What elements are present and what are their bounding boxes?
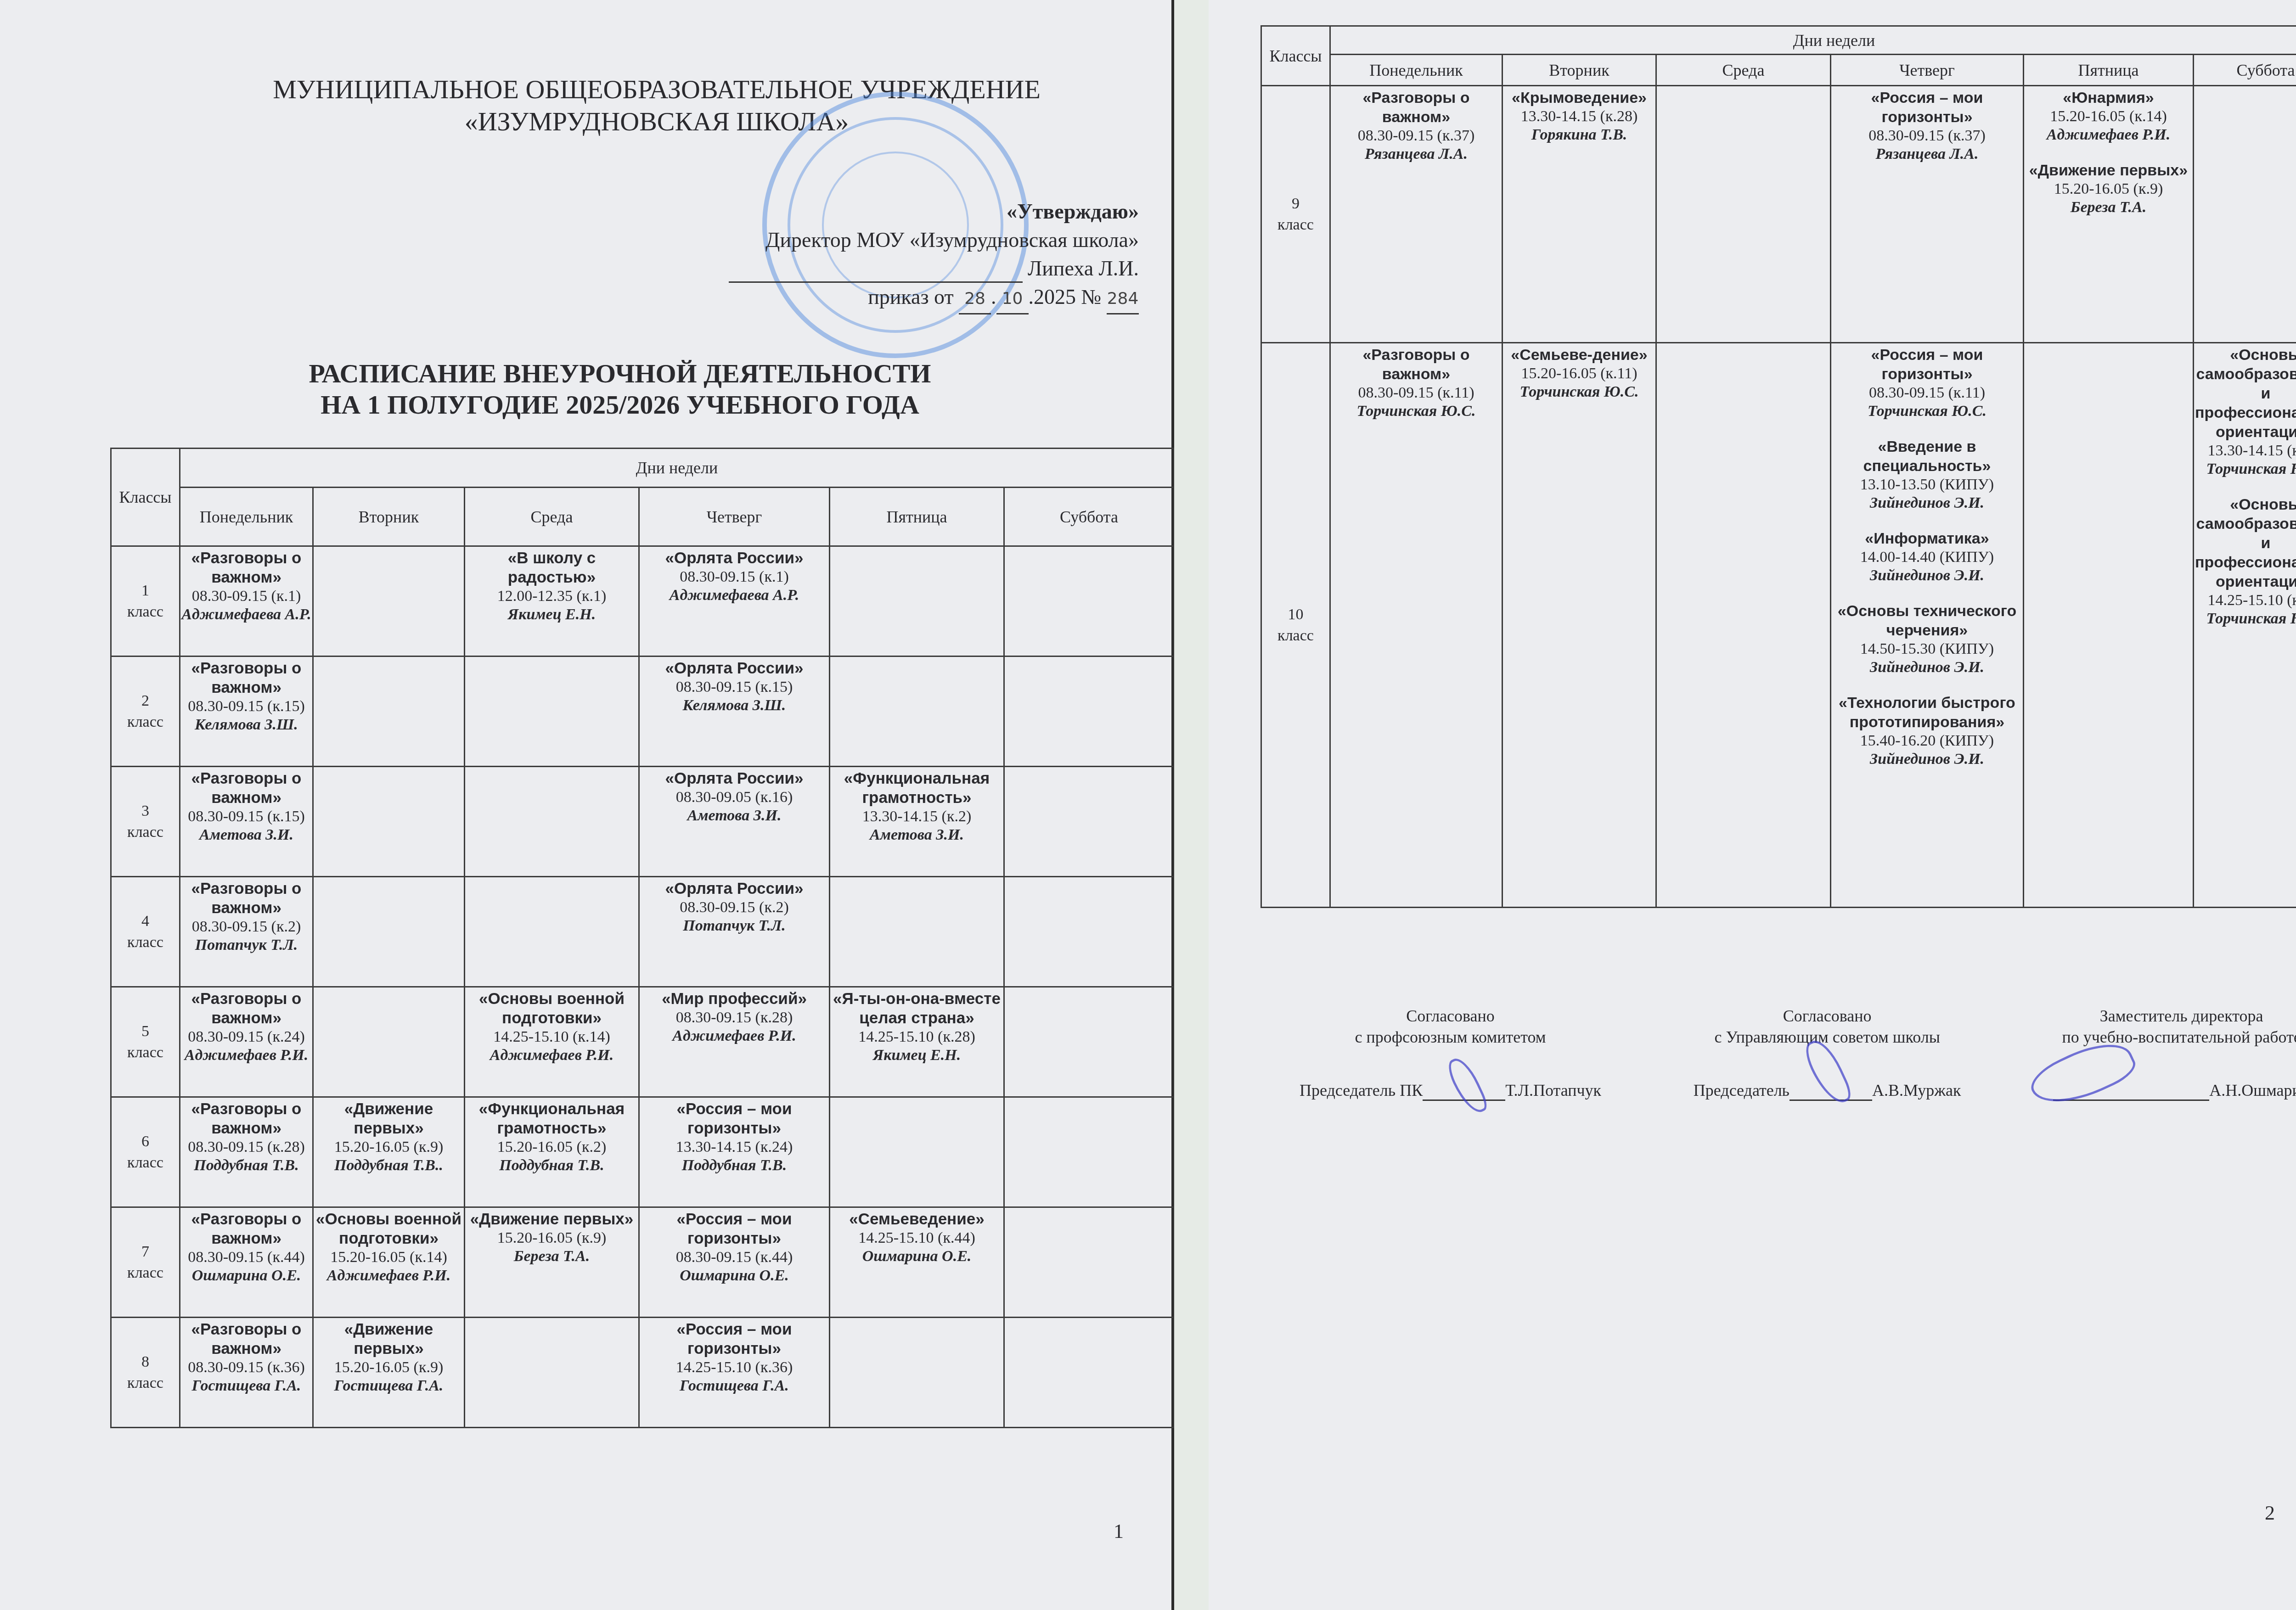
approval-block: «Утверждаю» Директор МОУ «Изумрудновская… [680, 197, 1139, 314]
activity-teacher: Поддубная Т.В. [466, 1156, 637, 1175]
activity-teacher: Потапчук Т.Л. [181, 936, 311, 954]
activity-teacher: Торчинская Ю.С. [1832, 402, 2022, 421]
class-label: 3класс [111, 767, 180, 877]
approval-heading: «Утверждаю» [680, 197, 1139, 226]
activity-time: 08.30-09.15 (к.2) [641, 898, 828, 917]
activity-name: «Россия – мои горизонты» [641, 1320, 828, 1358]
activity-teacher: Потапчук Т.Л. [641, 917, 828, 935]
activity-entry: «Движение первых»15.20-16.05 (к.9)Береза… [466, 1210, 637, 1266]
schedule-cell: «Россия – мои горизонты»08.30-09.15 (к.3… [1831, 86, 2024, 343]
header-classes: Классы [1261, 26, 1330, 86]
activity-time: 08.30-09.15 (к.24) [181, 1028, 311, 1046]
activity-entry: «Россия – мои горизонты»08.30-09.15 (к.1… [1832, 345, 2022, 421]
activity-teacher: Береза Т.А. [2025, 198, 2192, 217]
class-label: 8класс [111, 1318, 180, 1428]
signature-line [729, 263, 1023, 283]
activity-teacher: Гостищева Г.А. [181, 1377, 311, 1395]
schedule-cell: «Разговоры о важном»08.30-09.15 (к.24)Ад… [180, 987, 313, 1097]
schedule-cell [313, 656, 465, 767]
activity-name: «Разговоры о важном» [181, 879, 311, 918]
activity-entry: «В школу с радостью»12.00-12.35 (к.1)Яки… [466, 549, 637, 624]
schedule-cell: «Движение первых»15.20-16.05 (к.9)Береза… [465, 1207, 639, 1318]
activity-time: 14.00-14.40 (КИПУ) [1832, 548, 2022, 567]
schedule-cell: «Семьеведение»14.25-15.10 (к.44)Ошмарина… [830, 1207, 1004, 1318]
schedule-cell [830, 1318, 1004, 1428]
activity-teacher: Аметова З.И. [831, 826, 1002, 844]
activity-name: «Движение первых» [315, 1100, 463, 1138]
table-row: 5класс«Разговоры о важном»08.30-09.15 (к… [111, 987, 1174, 1097]
activity-entry: «Основы самообразования и профессиональн… [2195, 345, 2296, 478]
director-name: Липеха Л.И. [1028, 257, 1139, 280]
schedule-cell: «Движение первых»15.20-16.05 (к.9)Поддуб… [313, 1097, 465, 1207]
activity-time: 13.10-13.50 (КИПУ) [1832, 476, 2022, 494]
activity-time: 13.30-14.15 (к.28) [1504, 107, 1654, 126]
header-day-4: Пятница [830, 488, 1004, 546]
activity-teacher: Ошмарина О.Е. [641, 1267, 828, 1285]
activity-name: «Движение первых» [466, 1210, 637, 1229]
schedule-cell [830, 656, 1004, 767]
activity-entry: «Разговоры о важном»08.30-09.15 (к.15)Ке… [181, 659, 311, 734]
activity-time: 14.25-15.10 (к.14) [466, 1028, 637, 1046]
signatures-block: Согласовано с профсоюзным комитетом Пред… [1300, 1005, 2296, 1101]
activity-time: 14.25-15.10 (к.28) [831, 1028, 1002, 1046]
activity-teacher: Поддубная Т.В. [181, 1156, 311, 1175]
schedule-cell: «Разговоры о важном»08.30-09.15 (к.37)Ря… [1330, 86, 1503, 343]
schedule-cell [1004, 987, 1174, 1097]
table-row: 9класс«Разговоры о важном»08.30-09.15 (к… [1261, 86, 2296, 343]
table-row: 7класс«Разговоры о важном»08.30-09.15 (к… [111, 1207, 1174, 1318]
schedule-table-1: Классы Дни недели ПонедельникВторникСред… [110, 448, 1175, 1428]
activity-name: «Разговоры о важном» [1332, 345, 1501, 384]
schedule-cell [465, 656, 639, 767]
activity-time: 15.20-16.05 (к.14) [2025, 107, 2192, 126]
activity-entry: «Введение в специальность»13.10-13.50 (К… [1832, 437, 2022, 512]
schedule-cell [465, 767, 639, 877]
activity-time: 08.30-09.15 (к.15) [181, 697, 311, 716]
schedule-cell [465, 1318, 639, 1428]
activity-entry: «Россия – мои горизонты»14.25-15.10 (к.3… [641, 1320, 828, 1395]
schedule-cell [830, 877, 1004, 987]
activity-name: «Орлята России» [641, 659, 828, 678]
activity-time: 08.30-09.15 (к.37) [1332, 127, 1501, 145]
header-day-0: Понедельник [1330, 55, 1503, 86]
activity-name: «Семьеве-дение» [1504, 345, 1654, 365]
schedule-cell [1004, 1097, 1174, 1207]
activity-name: «Россия – мои горизонты» [641, 1100, 828, 1138]
schedule-cell: «Россия – мои горизонты»08.30-09.15 (к.4… [639, 1207, 830, 1318]
activity-time: 08.30-09.15 (к.44) [181, 1248, 311, 1267]
activity-entry: «Основы военной подготовки»15.20-16.05 (… [315, 1210, 463, 1285]
activity-entry: «Разговоры о важном»08.30-09.15 (к.11)То… [1332, 345, 1501, 421]
order-day: 28 [959, 285, 991, 314]
activity-name: «Орлята России» [641, 769, 828, 788]
activity-time: 08.30-09.15 (к.28) [181, 1138, 311, 1156]
activity-teacher: Торчинская Ю.С. [1504, 383, 1654, 401]
schedule-cell: «Мир профессий»08.30-09.15 (к.28)Аджимеф… [639, 987, 830, 1097]
activity-name: «Основы самообразования и профессиональн… [2195, 495, 2296, 591]
activity-time: 15.20-16.05 (к.9) [466, 1229, 637, 1247]
activity-name: «Функциональная грамотность» [831, 769, 1002, 808]
activity-entry: «Разговоры о важном»08.30-09.15 (к.2)Пот… [181, 879, 311, 954]
activity-teacher: Гостищева Г.А. [315, 1377, 463, 1395]
schedule-cell: «Россия – мои горизонты»14.25-15.10 (к.3… [639, 1318, 830, 1428]
activity-name: «Основы военной подготовки» [315, 1210, 463, 1248]
activity-name: «Введение в специальность» [1832, 437, 2022, 476]
schedule-cell: «Россия – мои горизонты»13.30-14.15 (к.2… [639, 1097, 830, 1207]
activity-entry: «Разговоры о важном»08.30-09.15 (к.44)Ош… [181, 1210, 311, 1285]
activity-entry: «Движение первых»15.20-16.05 (к.9)Береза… [2025, 161, 2192, 217]
activity-entry: «Информатика»14.00-14.40 (КИПУ)Зийнедино… [1832, 529, 2022, 585]
schedule-cell: «Орлята России»08.30-09.15 (к.2)Потапчук… [639, 877, 830, 987]
class-label: 6класс [111, 1097, 180, 1207]
schedule-cell: «Разговоры о важном»08.30-09.15 (к.11)То… [1330, 343, 1503, 908]
activity-entry: «Разговоры о важном»08.30-09.15 (к.24)Ад… [181, 989, 311, 1065]
activity-time: 08.30-09.15 (к.11) [1832, 384, 2022, 402]
activity-entry: «Юнармия»15.20-16.05 (к.14)Аджимефаев Р.… [2025, 88, 2192, 144]
activity-time: 13.30-14.15 (к.24) [641, 1138, 828, 1156]
schedule-cell [1656, 343, 1831, 908]
activity-time: 15.40-16.20 (КИПУ) [1832, 732, 2022, 750]
activity-entry: «Функциональная грамотность»13.30-14.15 … [831, 769, 1002, 844]
activity-time: 15.20-16.05 (к.14) [315, 1248, 463, 1267]
activity-teacher: Торчинская Ю.С. [2195, 610, 2296, 628]
activity-entry: «Орлята России»08.30-09.05 (к.16)Аметова… [641, 769, 828, 825]
activity-name: «Разговоры о важном» [181, 1100, 311, 1138]
activity-teacher: Зийнединов Э.И. [1832, 750, 2022, 769]
activity-teacher: Аджимефаев Р.И. [2025, 126, 2192, 144]
activity-name: «Разговоры о важном» [181, 659, 311, 697]
table-row: 1класс«Разговоры о важном»08.30-09.15 (к… [111, 546, 1174, 656]
activity-entry: «Россия – мои горизонты»13.30-14.15 (к.2… [641, 1100, 828, 1175]
activity-entry: «Разговоры о важном»08.30-09.15 (к.1)Адж… [181, 549, 311, 624]
header-classes: Классы [111, 449, 180, 546]
activity-teacher: Зийнединов Э.И. [1832, 567, 2022, 585]
schedule-cell: «Разговоры о важном»08.30-09.15 (к.2)Пот… [180, 877, 313, 987]
schedule-cell [830, 1097, 1004, 1207]
activity-time: 15.20-16.05 (к.9) [2025, 180, 2192, 198]
activity-entry: «Семьеве-дение»15.20-16.05 (к.11)Торчинс… [1504, 345, 1654, 401]
activity-time: 08.30-09.15 (к.11) [1332, 384, 1501, 402]
table-row: 3класс«Разговоры о важном»08.30-09.15 (к… [111, 767, 1174, 877]
activity-teacher: Якимец Е.Н. [831, 1046, 1002, 1065]
table-row: 4класс«Разговоры о важном»08.30-09.15 (к… [111, 877, 1174, 987]
activity-time: 15.20-16.05 (к.11) [1504, 365, 1654, 383]
schedule-cell: «Семьеве-дение»15.20-16.05 (к.11)Торчинс… [1503, 343, 1656, 908]
page-number: 2 [2265, 1501, 2275, 1525]
schedule-cell: «Разговоры о важном»08.30-09.15 (к.36)Го… [180, 1318, 313, 1428]
activity-entry: «Орлята России»08.30-09.15 (к.1)Аджимефа… [641, 549, 828, 605]
activity-name: «Орлята России» [641, 549, 828, 568]
activity-entry: «Я-ты-он-она-вместе целая страна»14.25-1… [831, 989, 1002, 1065]
activity-name: «Разговоры о важном» [1332, 88, 1501, 127]
schedule-cell: «Разговоры о важном»08.30-09.15 (к.1)Адж… [180, 546, 313, 656]
order-reference: приказ от 28.10.2025 № 284 [680, 283, 1139, 314]
activity-entry: «Семьеведение»14.25-15.10 (к.44)Ошмарина… [831, 1210, 1002, 1266]
activity-teacher: Торчинская Ю.С. [1332, 402, 1501, 421]
header-days-group: Дни недели [1330, 26, 2296, 55]
class-label: 9класс [1261, 86, 1330, 343]
activity-teacher: Аджимефаев Р.И. [466, 1046, 637, 1065]
schedule-cell [1004, 877, 1174, 987]
class-label: 5класс [111, 987, 180, 1097]
schedule-cell [313, 877, 465, 987]
header-days-group: Дни недели [180, 449, 1174, 488]
activity-time: 15.20-16.05 (к.9) [315, 1358, 463, 1377]
activity-entry: «Основы самообразования и профессиональн… [2195, 495, 2296, 628]
activity-entry: «Орлята России»08.30-09.15 (к.2)Потапчук… [641, 879, 828, 935]
schedule-cell: «Орлята России»08.30-09.15 (к.15)Келямов… [639, 656, 830, 767]
activity-time: 08.30-09.05 (к.16) [641, 788, 828, 807]
activity-time: 15.20-16.05 (к.9) [315, 1138, 463, 1156]
activity-teacher: Поддубная Т.В. [641, 1156, 828, 1175]
schedule-cell [2194, 86, 2296, 343]
activity-time: 15.20-16.05 (к.2) [466, 1138, 637, 1156]
schedule-cell [313, 767, 465, 877]
signature-union-committee: Согласовано с профсоюзным комитетом Пред… [1300, 1005, 1601, 1101]
activity-teacher: Поддубная Т.В.. [315, 1156, 463, 1175]
schedule-cell [2024, 343, 2194, 908]
activity-name: «Основы самообразования и профессиональн… [2195, 345, 2296, 442]
class-label: 2класс [111, 656, 180, 767]
schedule-cell [1004, 546, 1174, 656]
activity-teacher: Рязанцева Л.А. [1832, 145, 2022, 163]
activity-time: 14.25-15.10 (к.36) [641, 1358, 828, 1377]
activity-teacher: Аметова З.И. [181, 826, 311, 844]
header-day-0: Понедельник [180, 488, 313, 546]
table-row: 6класс«Разговоры о важном»08.30-09.15 (к… [111, 1097, 1174, 1207]
activity-name: «Россия – мои горизонты» [1832, 88, 2022, 127]
activity-entry: «Технологии быстрого прототипирования»15… [1832, 693, 2022, 769]
activity-name: «В школу с радостью» [466, 549, 637, 587]
activity-entry: «Основы технического черчения»14.50-15.3… [1832, 601, 2022, 677]
activity-entry: «Движение первых»15.20-16.05 (к.9)Гостищ… [315, 1320, 463, 1395]
activity-name: «Орлята России» [641, 879, 828, 898]
page-1: МУНИЦИПАЛЬНОЕ ОБЩЕОБРАЗОВАТЕЛЬНОЕ УЧРЕЖД… [0, 0, 1174, 1610]
director-position: Директор МОУ «Изумрудновская школа» [680, 226, 1139, 254]
activity-name: «Россия – мои горизонты» [641, 1210, 828, 1248]
activity-teacher: Береза Т.А. [466, 1247, 637, 1266]
activity-teacher: Аджимефаев Р.И. [181, 1046, 311, 1065]
activity-teacher: Аджимефаева А.Р. [181, 606, 311, 624]
header-day-3: Четверг [1831, 55, 2024, 86]
activity-teacher: Аметова З.И. [641, 807, 828, 825]
schedule-cell: «Разговоры о важном»08.30-09.15 (к.28)По… [180, 1097, 313, 1207]
activity-entry: «Разговоры о важном»08.30-09.15 (к.37)Ря… [1332, 88, 1501, 163]
activity-name: «Основы военной подготовки» [466, 989, 637, 1028]
activity-time: 14.25-15.10 (к.11) [2195, 591, 2296, 610]
activity-entry: «Россия – мои горизонты»08.30-09.15 (к.3… [1832, 88, 2022, 163]
activity-time: 08.30-09.15 (к.28) [641, 1009, 828, 1027]
activity-teacher: Аджимефаев Р.И. [641, 1027, 828, 1045]
activity-entry: «Разговоры о важном»08.30-09.15 (к.28)По… [181, 1100, 311, 1175]
schedule-cell [830, 546, 1004, 656]
schedule-cell [1004, 656, 1174, 767]
header-day-4: Пятница [2024, 55, 2194, 86]
schedule-cell: «Я-ты-он-она-вместе целая страна»14.25-1… [830, 987, 1004, 1097]
header-day-2: Среда [1656, 55, 1831, 86]
activity-name: «Информатика» [1832, 529, 2022, 548]
activity-teacher: Зийнединов Э.И. [1832, 494, 2022, 512]
activity-entry: «Орлята России»08.30-09.15 (к.15)Келямов… [641, 659, 828, 715]
activity-entry: «Крымоведение»13.30-14.15 (к.28)Горякина… [1504, 88, 1654, 144]
activity-name: «Крымоведение» [1504, 88, 1654, 107]
activity-time: 13.30-14.15 (к.11) [2195, 442, 2296, 460]
schedule-cell: «Основы самообразования и профессиональн… [2194, 343, 2296, 908]
order-number: 284 [1107, 285, 1139, 314]
activity-entry: «Основы военной подготовки»14.25-15.10 (… [466, 989, 637, 1065]
activity-name: «Основы технического черчения» [1832, 601, 2022, 640]
activity-name: «Технологии быстрого прототипирования» [1832, 693, 2022, 732]
order-month: 10 [996, 285, 1029, 314]
activity-teacher: Келямова З.Ш. [181, 716, 311, 734]
class-label: 1класс [111, 546, 180, 656]
schedule-cell [1004, 1318, 1174, 1428]
activity-time: 08.30-09.15 (к.15) [641, 678, 828, 696]
schedule-cell: «Юнармия»15.20-16.05 (к.14)Аджимефаев Р.… [2024, 86, 2194, 343]
activity-name: «Россия – мои горизонты» [1832, 345, 2022, 384]
activity-name: «Я-ты-он-она-вместе целая страна» [831, 989, 1002, 1028]
schedule-cell [1656, 86, 1831, 343]
activity-teacher: Якимец Е.Н. [466, 606, 637, 624]
activity-entry: «Разговоры о важном»08.30-09.15 (к.36)Го… [181, 1320, 311, 1395]
activity-teacher: Ошмарина О.Е. [181, 1267, 311, 1285]
activity-name: «Разговоры о важном» [181, 1320, 311, 1358]
schedule-cell: «Крымоведение»13.30-14.15 (к.28)Горякина… [1503, 86, 1656, 343]
class-label: 7класс [111, 1207, 180, 1318]
table-row: 8класс«Разговоры о важном»08.30-09.15 (к… [111, 1318, 1174, 1428]
activity-teacher: Зийнединов Э.И. [1832, 658, 2022, 677]
table-row: 2класс«Разговоры о важном»08.30-09.15 (к… [111, 656, 1174, 767]
schedule-cell [465, 877, 639, 987]
schedule-cell: «Россия – мои горизонты»08.30-09.15 (к.1… [1831, 343, 2024, 908]
schedule-cell: «Движение первых»15.20-16.05 (к.9)Гостищ… [313, 1318, 465, 1428]
document-title: РАСПИСАНИЕ ВНЕУРОЧНОЙ ДЕЯТЕЛЬНОСТИ НА 1 … [230, 358, 1010, 421]
activity-entry: «Функциональная грамотность»15.20-16.05 … [466, 1100, 637, 1175]
activity-name: «Разговоры о важном» [181, 549, 311, 587]
activity-time: 08.30-09.15 (к.1) [181, 587, 311, 606]
activity-time: 08.30-09.15 (к.1) [641, 568, 828, 586]
activity-time: 08.30-09.15 (к.15) [181, 808, 311, 826]
header-day-2: Среда [465, 488, 639, 546]
page-number: 1 [1114, 1520, 1124, 1543]
activity-time: 08.30-09.15 (к.36) [181, 1358, 311, 1377]
activity-teacher: Аджимефаева А.Р. [641, 586, 828, 605]
activity-teacher: Келямова З.Ш. [641, 696, 828, 715]
activity-entry: «Разговоры о важном»08.30-09.15 (к.15)Ам… [181, 769, 311, 844]
schedule-table-2: Классы Дни недели ПонедельникВторникСред… [1261, 25, 2296, 908]
activity-entry: «Мир профессий»08.30-09.15 (к.28)Аджимеф… [641, 989, 828, 1045]
activity-time: 12.00-12.35 (к.1) [466, 587, 637, 606]
activity-time: 08.30-09.15 (к.2) [181, 918, 311, 936]
activity-name: «Разговоры о важном» [181, 989, 311, 1028]
schedule-cell: «Разговоры о важном»08.30-09.15 (к.44)Ош… [180, 1207, 313, 1318]
activity-teacher: Гостищева Г.А. [641, 1377, 828, 1395]
activity-teacher: Торчинская Ю.С. [2195, 460, 2296, 478]
activity-teacher: Ошмарина О.Е. [831, 1247, 1002, 1266]
activity-time: 08.30-09.15 (к.44) [641, 1248, 828, 1267]
schedule-cell: «Разговоры о важном»08.30-09.15 (к.15)Ам… [180, 767, 313, 877]
activity-teacher: Рязанцева Л.А. [1332, 145, 1501, 163]
schedule-cell [313, 546, 465, 656]
activity-time: 14.50-15.30 (КИПУ) [1832, 640, 2022, 658]
activity-name: «Разговоры о важном» [181, 769, 311, 808]
activity-teacher: Горякина Т.В. [1504, 126, 1654, 144]
class-label: 4класс [111, 877, 180, 987]
activity-name: «Семьеведение» [831, 1210, 1002, 1229]
schedule-cell: «Основы военной подготовки»15.20-16.05 (… [313, 1207, 465, 1318]
header-day-1: Вторник [313, 488, 465, 546]
schedule-cell: «Основы военной подготовки»14.25-15.10 (… [465, 987, 639, 1097]
schedule-cell: «Функциональная грамотность»15.20-16.05 … [465, 1097, 639, 1207]
schedule-cell [313, 987, 465, 1097]
header-day-5: Суббота [1004, 488, 1174, 546]
schedule-cell: «Разговоры о важном»08.30-09.15 (к.15)Ке… [180, 656, 313, 767]
activity-name: «Функциональная грамотность» [466, 1100, 637, 1138]
activity-name: «Движение первых» [2025, 161, 2192, 180]
activity-name: «Движение первых» [315, 1320, 463, 1358]
header-day-5: Суббота [2194, 55, 2296, 86]
class-label: 10класс [1261, 343, 1330, 908]
schedule-cell [1004, 767, 1174, 877]
schedule-cell: «В школу с радостью»12.00-12.35 (к.1)Яки… [465, 546, 639, 656]
activity-entry: «Движение первых»15.20-16.05 (к.9)Поддуб… [315, 1100, 463, 1175]
schedule-cell [1004, 1207, 1174, 1318]
activity-name: «Юнармия» [2025, 88, 2192, 107]
header-day-1: Вторник [1503, 55, 1656, 86]
schedule-cell: «Функциональная грамотность»13.30-14.15 … [830, 767, 1004, 877]
activity-time: 08.30-09.15 (к.37) [1832, 127, 2022, 145]
schedule-cell: «Орлята России»08.30-09.05 (к.16)Аметова… [639, 767, 830, 877]
table-row: 10класс«Разговоры о важном»08.30-09.15 (… [1261, 343, 2296, 908]
activity-name: «Мир профессий» [641, 989, 828, 1009]
activity-entry: «Россия – мои горизонты»08.30-09.15 (к.4… [641, 1210, 828, 1285]
schedule-cell: «Орлята России»08.30-09.15 (к.1)Аджимефа… [639, 546, 830, 656]
header-day-3: Четверг [639, 488, 830, 546]
activity-name: «Разговоры о важном» [181, 1210, 311, 1248]
page-gutter [1174, 0, 1209, 1610]
activity-teacher: Аджимефаев Р.И. [315, 1267, 463, 1285]
activity-time: 13.30-14.15 (к.2) [831, 808, 1002, 826]
activity-time: 14.25-15.10 (к.44) [831, 1229, 1002, 1247]
